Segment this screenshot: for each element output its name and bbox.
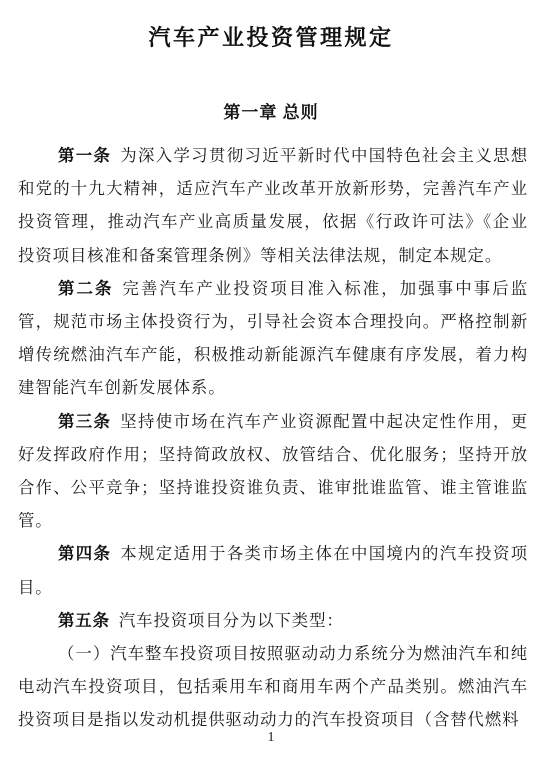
document-body: 第一条为深入学习贯彻习近平新时代中国特色社会主义思想和党的十九大精神，适应汽车产… bbox=[0, 139, 542, 737]
article-1: 第一条为深入学习贯彻习近平新时代中国特色社会主义思想和党的十九大精神，适应汽车产… bbox=[18, 139, 528, 272]
article-item-1-text: （一）汽车整车投资项目按照驱动动力系统分为燃油汽车和纯电动汽车投资项目，包括乘用… bbox=[18, 644, 528, 729]
document-title: 汽车产业投资管理规定 bbox=[0, 0, 542, 51]
article-5-text: 汽车投资项目分为以下类型： bbox=[119, 611, 344, 630]
article-item-1: （一）汽车整车投资项目按照驱动动力系统分为燃油汽车和纯电动汽车投资项目，包括乘用… bbox=[18, 637, 528, 737]
article-5: 第五条汽车投资项目分为以下类型： bbox=[18, 604, 528, 637]
article-5-label: 第五条 bbox=[58, 611, 110, 630]
article-2: 第二条完善汽车产业投资项目准入标准，加强事中事后监管，规范市场主体投资行为，引导… bbox=[18, 272, 528, 405]
article-4: 第四条本规定适用于各类市场主体在中国境内的汽车投资项目。 bbox=[18, 537, 528, 603]
article-1-label: 第一条 bbox=[58, 146, 111, 165]
chapter-heading: 第一章 总则 bbox=[0, 103, 542, 123]
article-3-label: 第三条 bbox=[58, 412, 111, 431]
article-4-label: 第四条 bbox=[58, 544, 111, 563]
article-2-label: 第二条 bbox=[58, 279, 113, 298]
document-page: 汽车产业投资管理规定 第一章 总则 第一条为深入学习贯彻习近平新时代中国特色社会… bbox=[0, 0, 542, 758]
page-number: 1 bbox=[0, 729, 542, 747]
article-3: 第三条坚持使市场在汽车产业资源配置中起决定性作用，更好发挥政府作用；坚持简政放权… bbox=[18, 405, 528, 538]
